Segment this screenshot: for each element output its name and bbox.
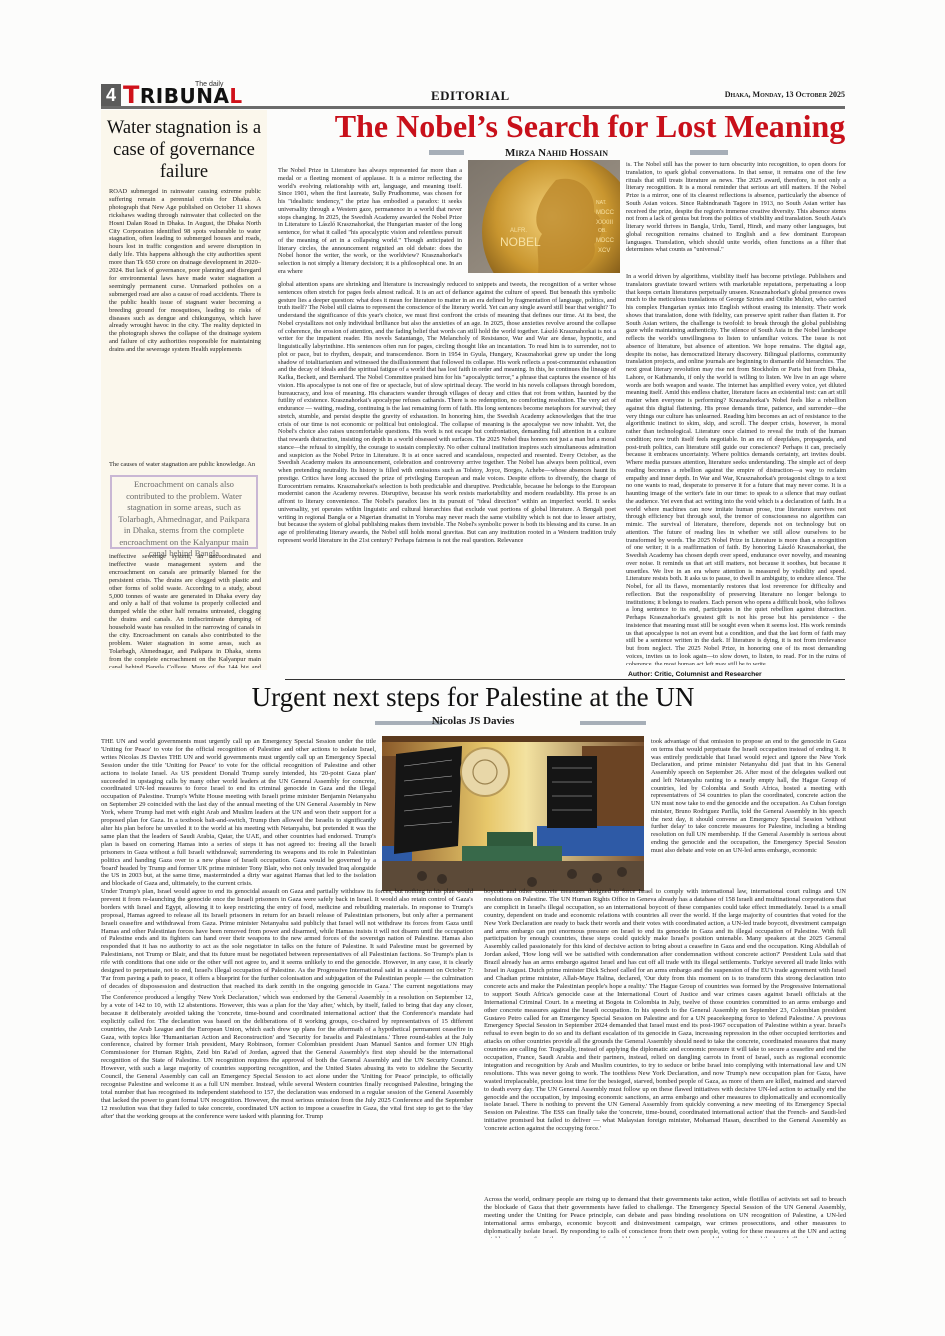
palestine-col-full-2: Across the world, ordinary people are ri…	[484, 1196, 846, 1238]
byline-bar-right	[580, 721, 646, 725]
svg-text:OB.: OB.	[598, 228, 607, 234]
svg-text:XCV: XCV	[598, 248, 610, 254]
svg-text:MDCC: MDCC	[596, 238, 615, 244]
nobel-col2-bottom: In a world driven by algorithms, visibil…	[626, 273, 846, 665]
logo-letter-l: L	[229, 84, 242, 108]
editorial-sidebar: Water stagnation is a case of governance…	[101, 110, 267, 670]
nobel-author-note: Author: Critic, Columnist and Researcher	[628, 671, 762, 678]
nobel-byline: Mirza Nahid Hossain	[505, 147, 608, 159]
palestine-byline: Nicolas JS Davies	[101, 715, 845, 727]
palestine-col-right-top: took advantage of that omission to propo…	[651, 738, 846, 886]
svg-text:MDCC: MDCC	[596, 210, 615, 216]
un-general-assembly-image	[382, 736, 644, 891]
palestine-col-right-bottom: boycott and other concrete measures desi…	[484, 888, 846, 1194]
dateline: Dhaka, Monday, 13 October 2025	[725, 90, 845, 99]
sidebar-headline: Water stagnation is a case of governance…	[101, 117, 267, 183]
nobel-headline: The Nobel’s Search for Lost Meaning	[310, 108, 870, 144]
palestine-col-left-bottom: The Conference produced a lengthy 'New Y…	[101, 994, 473, 1236]
nobel-medal-photo: ALFR. NOBEL NAT. MDCC XXXIII OB. MDCC XC…	[468, 160, 620, 273]
byline-bar-left	[429, 150, 464, 155]
nobel-col1-bottom: global attention spans are shrinking and…	[278, 281, 616, 677]
svg-text:NOBEL: NOBEL	[500, 235, 541, 249]
masthead: 4 The daily TRIBUNAL EDITORIAL Dhaka, Mo…	[101, 84, 845, 106]
page-number: 4	[101, 84, 121, 106]
logo-letter-t: T	[123, 81, 140, 109]
nobel-col2-top: is. The Nobel still has the power to tur…	[626, 161, 846, 271]
byline-bar-right	[690, 150, 728, 155]
svg-text:XXXIII: XXXIII	[596, 220, 613, 226]
svg-text:ALFR.: ALFR.	[510, 228, 527, 234]
sidebar-body-bottom: ineffective sewerage system, an uncoordi…	[109, 553, 261, 668]
newspaper-page: 4 The daily TRIBUNAL EDITORIAL Dhaka, Mo…	[0, 0, 945, 1336]
svg-text:NAT.: NAT.	[596, 200, 606, 206]
sidebar-pullquote: Encroachment on canals also contributed …	[110, 475, 258, 549]
section-label: EDITORIAL	[431, 88, 510, 104]
un-assembly-photo	[382, 736, 644, 891]
palestine-headline: Urgent next steps for Palestine at the U…	[101, 681, 845, 713]
newspaper-logo: The daily TRIBUNAL	[123, 84, 243, 106]
logo-tagline: The daily	[195, 81, 223, 88]
nobel-col1-top: The Nobel Prize in Literature has always…	[278, 167, 462, 280]
section-divider	[285, 679, 845, 680]
sidebar-body-top: ROAD submerged in rainwater causing extr…	[109, 188, 261, 460]
nobel-medal-image: ALFR. NOBEL NAT. MDCC XXXIII OB. MDCC XC…	[468, 160, 620, 273]
palestine-col-full-1: Under Trump's plan, Israel would agree t…	[101, 888, 473, 992]
sidebar-body-top-2: The causes of water stagnation are publi…	[109, 461, 261, 470]
logo-wordmark: TRIBUNAL	[123, 84, 243, 108]
palestine-col-left-top: THE UN and world governments must urgent…	[101, 738, 376, 886]
